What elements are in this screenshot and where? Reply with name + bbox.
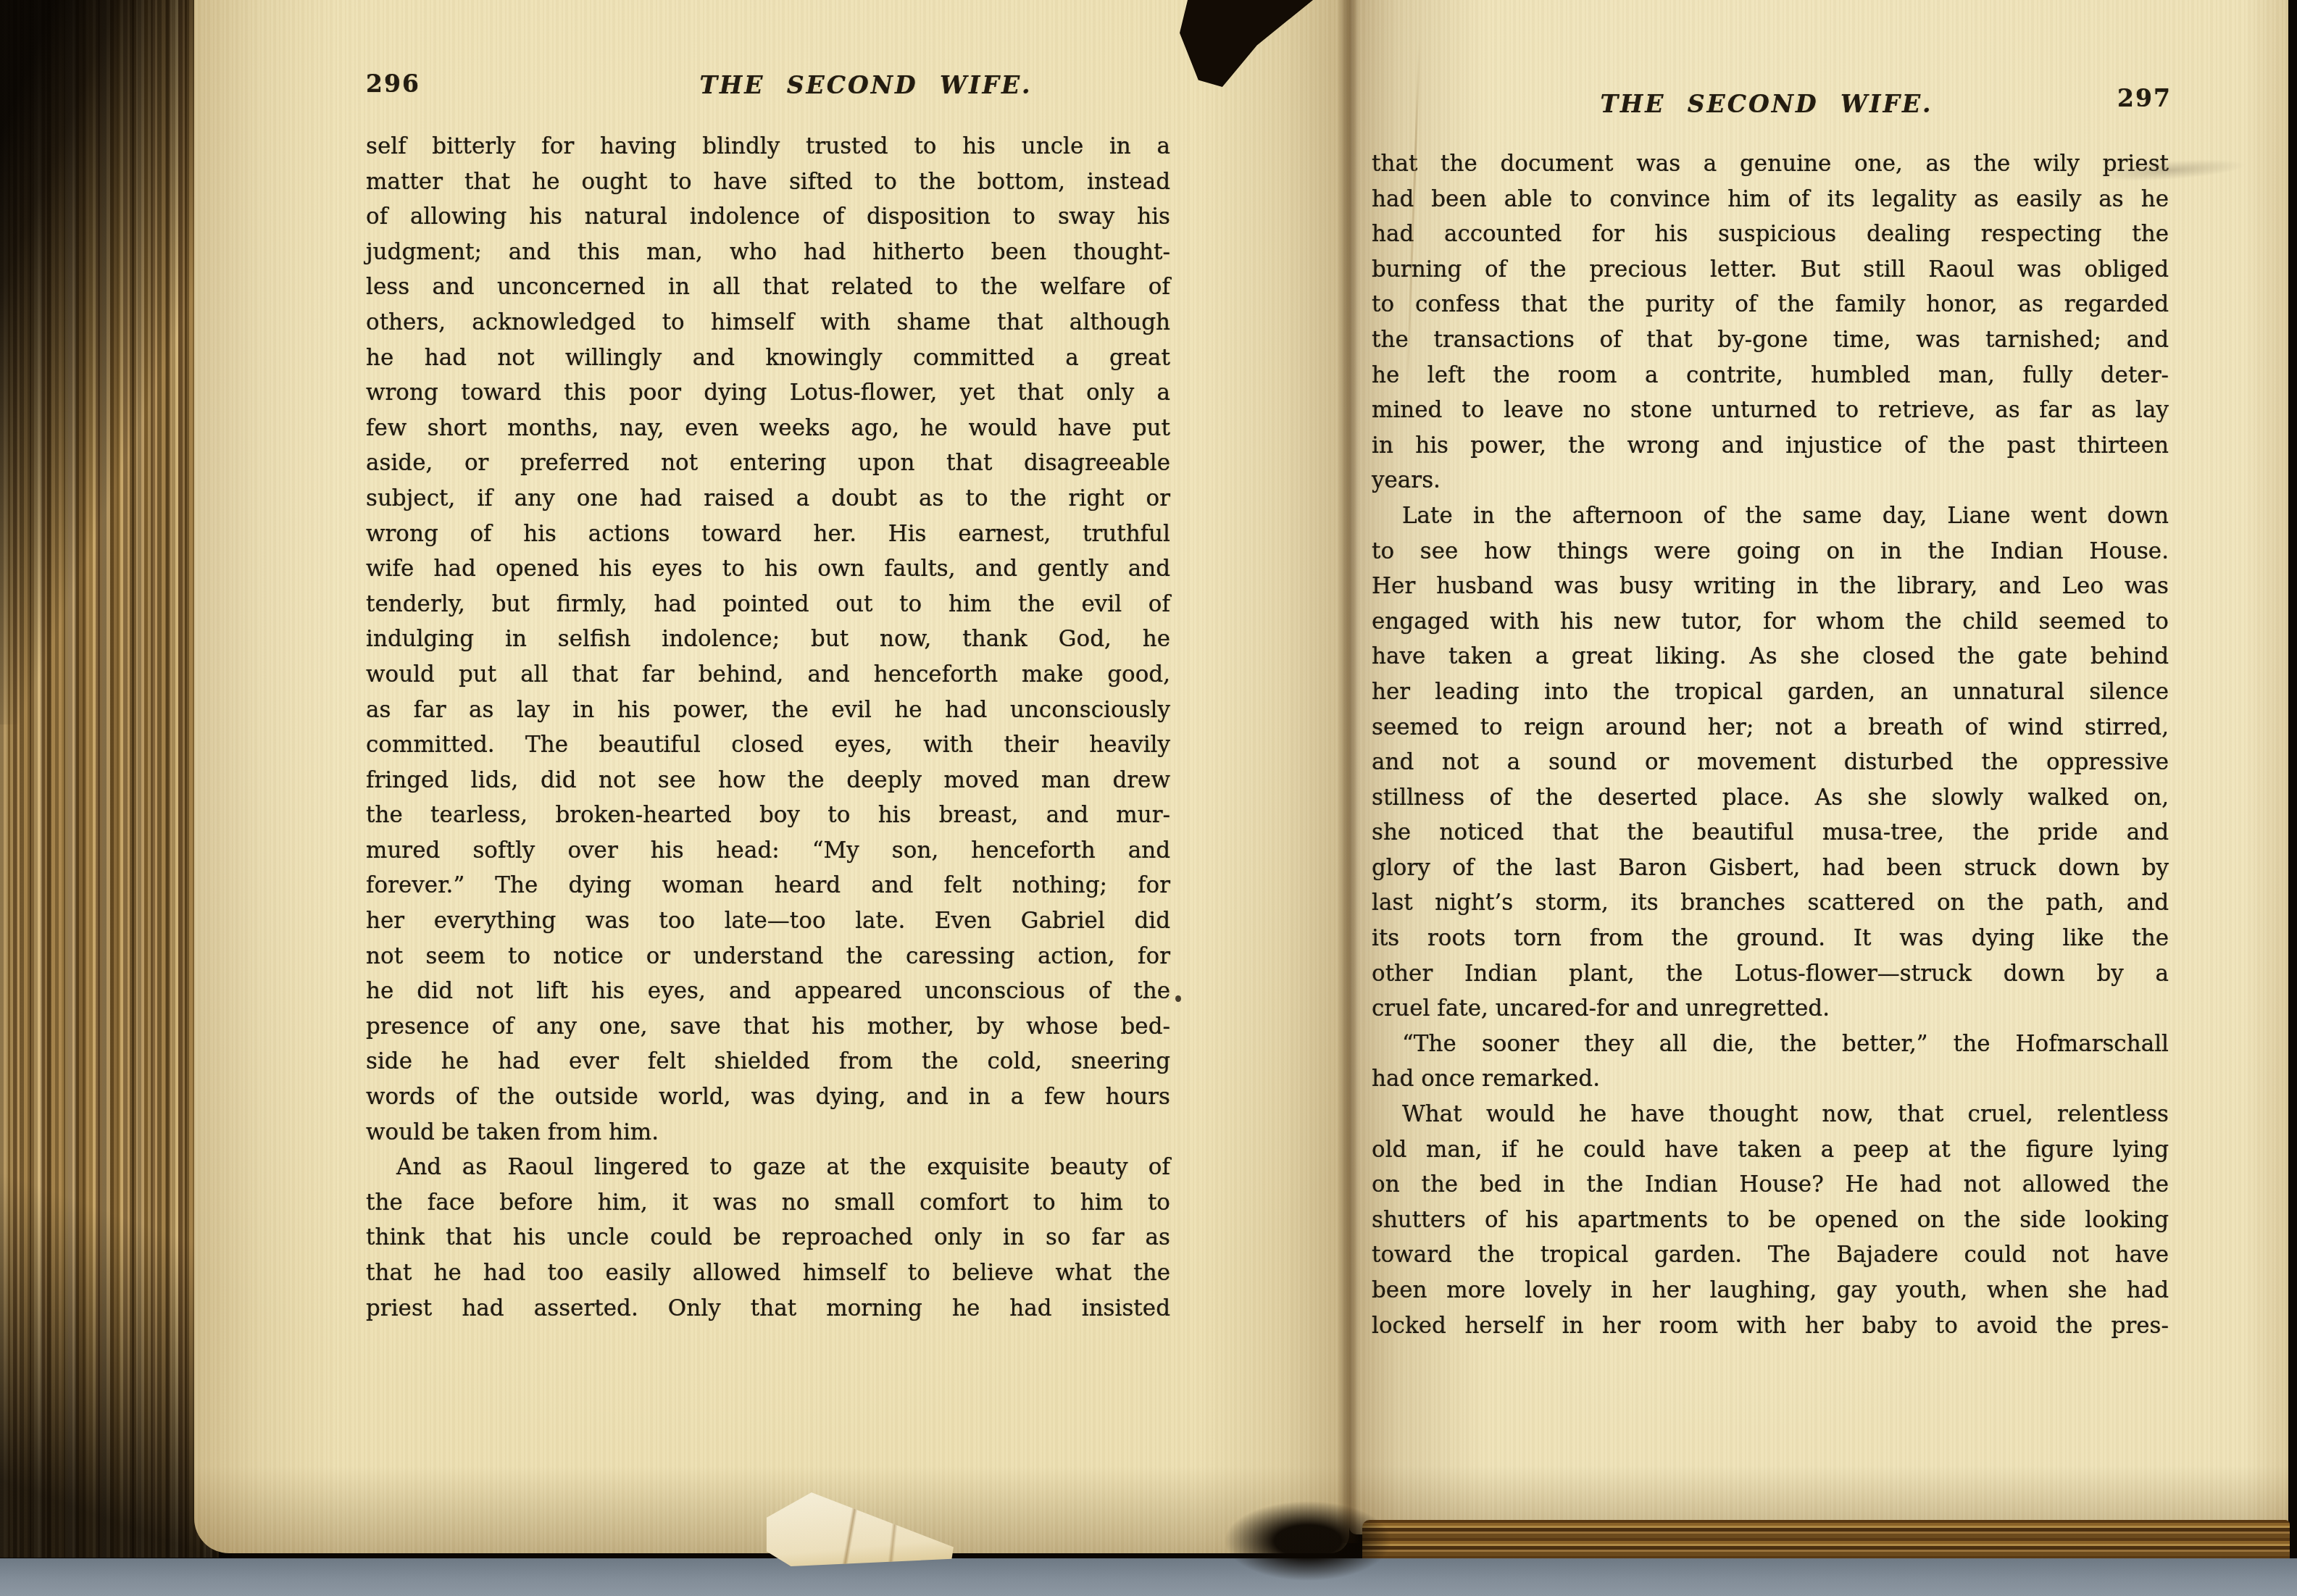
- text-line: its roots torn from the ground. It was d…: [1372, 921, 2169, 956]
- text-line: side he had ever felt shielded from the …: [366, 1044, 1170, 1079]
- text-line: Late in the afternoon of the same day, L…: [1372, 498, 2169, 534]
- text-line: burning of the precious letter. But stil…: [1372, 252, 2169, 288]
- text-line: presence of any one, save that his mothe…: [366, 1009, 1170, 1045]
- left-running-title: THE SECOND WIFE.: [699, 71, 1032, 99]
- text-line: mured softly over his head: “My son, hen…: [366, 833, 1170, 869]
- text-line: forever.” The dying woman heard and felt…: [366, 868, 1170, 903]
- text-line: Her husband was busy writing in the libr…: [1372, 569, 2169, 604]
- text-line: seemed to reign around her; not a breath…: [1372, 710, 2169, 745]
- text-line: stillness of the deserted place. As she …: [1372, 780, 2169, 816]
- text-line: would put all that far behind, and hence…: [366, 657, 1170, 693]
- text-line: he did not lift his eyes, and appeared u…: [366, 974, 1170, 1009]
- gutter-bottom-shadow: [1225, 1501, 1391, 1581]
- text-line: fringed lids, did not see how the deeply…: [366, 763, 1170, 798]
- text-line: mined to leave no stone unturned to retr…: [1372, 393, 2169, 428]
- text-line: shutters of his apartments to be opened …: [1372, 1203, 2169, 1238]
- text-line: “The sooner they all die, the better,” t…: [1372, 1027, 2169, 1062]
- text-line: less and unconcerned in all that related…: [366, 270, 1170, 305]
- text-line: What would he have thought now, that cru…: [1372, 1097, 2169, 1132]
- text-line: on the bed in the Indian House? He had n…: [1372, 1167, 2169, 1203]
- text-line: toward the tropical garden. The Bajadere…: [1372, 1237, 2169, 1273]
- text-line: others, acknowledged to himself with sha…: [366, 305, 1170, 340]
- text-line: he had not willingly and knowingly commi…: [366, 340, 1170, 376]
- right-page: THE SECOND WIFE. 297 that the document w…: [1349, 0, 2288, 1534]
- text-line: cruel fate, uncared-for and unregretted.: [1372, 991, 2169, 1027]
- text-line: that he had too easily allowed himself t…: [366, 1256, 1170, 1291]
- left-page-text: self bitterly for having blindly trusted…: [366, 129, 1170, 1326]
- text-line: last night’s storm, its branches scatter…: [1372, 885, 2169, 921]
- text-line: would be taken from him.: [366, 1115, 1170, 1150]
- text-line: tenderly, but firmly, had pointed out to…: [366, 587, 1170, 622]
- text-line: And as Raoul lingered to gaze at the exq…: [366, 1150, 1170, 1185]
- book-scan: 296 THE SECOND WIFE. self bitterly for h…: [0, 0, 2297, 1596]
- text-line: that the document was a genuine one, as …: [1372, 146, 2169, 182]
- left-page: 296 THE SECOND WIFE. self bitterly for h…: [194, 0, 1349, 1553]
- text-line: years.: [1372, 463, 2169, 498]
- left-page-number: 296: [366, 70, 420, 98]
- scanner-background: [0, 1558, 2297, 1596]
- book-gutter: [1338, 0, 1359, 1543]
- text-line: wrong of his actions toward her. His ear…: [366, 517, 1170, 552]
- text-line: had once remarked.: [1372, 1061, 2169, 1097]
- text-line: indulging in selfish indolence; but now,…: [366, 622, 1170, 657]
- text-line: in his power, the wrong and injustice of…: [1372, 428, 2169, 464]
- text-line: other Indian plant, the Lotus-flower—str…: [1372, 956, 2169, 992]
- text-line: words of the outside world, was dying, a…: [366, 1079, 1170, 1115]
- text-line: glory of the last Baron Gisbert, had bee…: [1372, 851, 2169, 886]
- text-line: and not a sound or movement disturbed th…: [1372, 745, 2169, 780]
- text-line: committed. The beautiful closed eyes, wi…: [366, 727, 1170, 763]
- text-line: have taken a great liking. As she closed…: [1372, 639, 2169, 674]
- text-line: the face before him, it was no small com…: [366, 1185, 1170, 1221]
- text-line: been more lovely in her laughing, gay yo…: [1372, 1273, 2169, 1308]
- text-line: she noticed that the beautiful musa-tree…: [1372, 815, 2169, 851]
- text-line: engaged with his new tutor, for whom the…: [1372, 604, 2169, 640]
- text-line: wrong toward this poor dying Lotus-flowe…: [366, 375, 1170, 411]
- text-line: had accounted for his suspicious dealing…: [1372, 217, 2169, 252]
- text-line: as far as lay in his power, the evil he …: [366, 693, 1170, 728]
- text-line: locked herself in her room with her baby…: [1372, 1308, 2169, 1344]
- text-line: had been able to convince him of its leg…: [1372, 182, 2169, 217]
- text-line: her everything was too late—too late. Ev…: [366, 903, 1170, 939]
- text-line: the tearless, broken-hearted boy to his …: [366, 798, 1170, 833]
- text-line: wife had opened his eyes to his own faul…: [366, 551, 1170, 587]
- text-line: the transactions of that by-gone time, w…: [1372, 322, 2169, 358]
- text-line: matter that he ought to have sifted to t…: [366, 164, 1170, 200]
- ink-speck: [1175, 995, 1181, 1002]
- right-page-number: 297: [2106, 84, 2172, 112]
- text-line: to see how things were going on in the I…: [1372, 534, 2169, 569]
- text-line: subject, if any one had raised a doubt a…: [366, 481, 1170, 517]
- text-line: to confess that the purity of the family…: [1372, 287, 2169, 322]
- text-line: he left the room a contrite, humbled man…: [1372, 358, 2169, 393]
- text-line: old man, if he could have taken a peep a…: [1372, 1132, 2169, 1168]
- text-line: aside, or preferred not entering upon th…: [366, 446, 1170, 481]
- right-running-title: THE SECOND WIFE.: [1600, 90, 1933, 118]
- text-line: think that his uncle could be reproached…: [366, 1220, 1170, 1256]
- text-line: priest had asserted. Only that morning h…: [366, 1291, 1170, 1326]
- text-line: not seem to notice or understand the car…: [366, 939, 1170, 974]
- text-line: judgment; and this man, who had hitherto…: [366, 235, 1170, 270]
- text-line: her leading into the tropical garden, an…: [1372, 674, 2169, 710]
- right-page-text: that the document was a genuine one, as …: [1372, 146, 2169, 1343]
- text-line: of allowing his natural indolence of dis…: [366, 199, 1170, 235]
- text-line: self bitterly for having blindly trusted…: [366, 129, 1170, 164]
- text-line: few short months, nay, even weeks ago, h…: [366, 411, 1170, 446]
